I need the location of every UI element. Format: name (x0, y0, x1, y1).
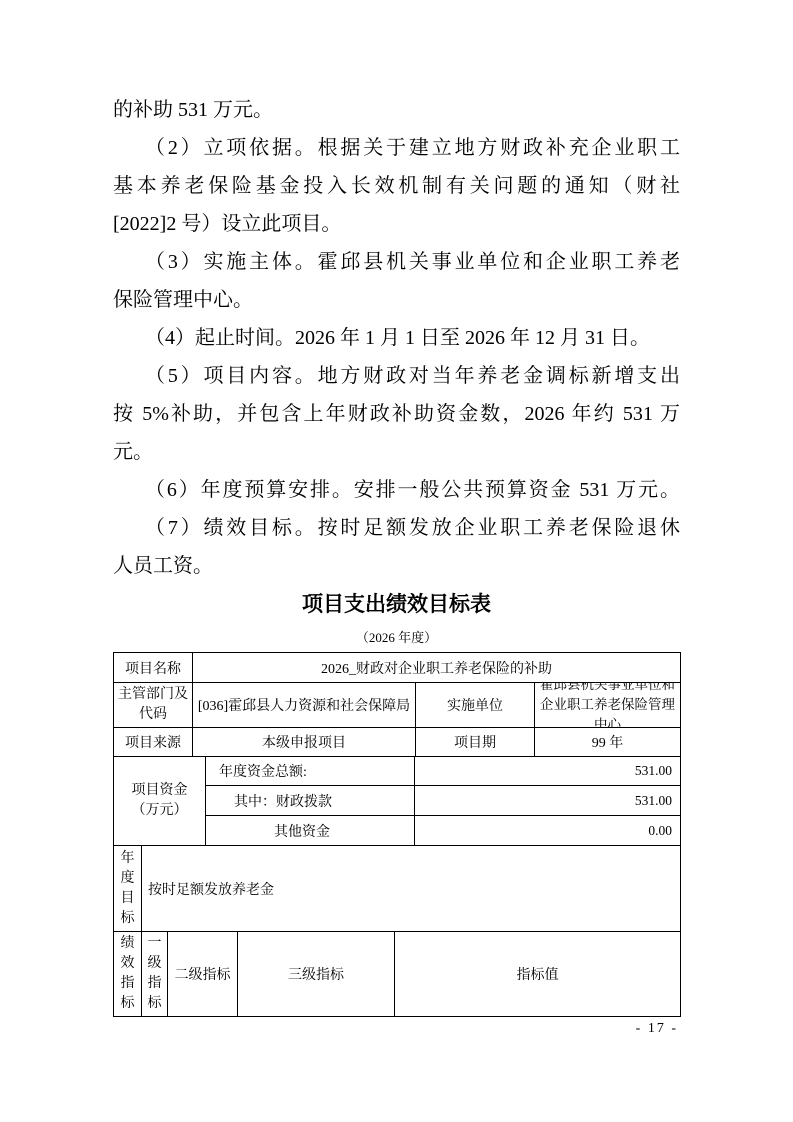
body-line: 人员工资。 (113, 547, 680, 585)
cell-perf-indicator-label: 绩效指标 (114, 932, 141, 1016)
body-line: （2）立项依据。根据关于建立地方财政补充企业职工 (113, 129, 680, 167)
body-line: （6）年度预算安排。安排一般公共预算资金 531 万元。 (113, 471, 680, 509)
cell-project-source-label: 项目来源 (114, 728, 192, 756)
cell-annual-total-value: 531.00 (414, 757, 680, 785)
body-line: 元。 (113, 433, 680, 471)
body-line: 的补助 531 万元。 (113, 91, 680, 129)
table-subtitle: （2026 年度） (0, 629, 793, 646)
cell-project-period-value: 99 年 (534, 728, 680, 756)
dept-code-label-text: 主管部门及代码 (118, 685, 189, 725)
table-title: 项目支出绩效目标表 (0, 591, 793, 619)
cell-fiscal-alloc-label: 其中：财政拨款 (205, 785, 414, 815)
body-line: 按 5%补助，并包含上年财政补助资金数，2026 年约 531 万 (113, 395, 680, 433)
rows-project-funds: 项目资金（万元） 年度资金总额: 531.00 其中：财政拨款 531.00 其… (114, 756, 680, 845)
body-line: 保险管理中心。 (113, 281, 680, 319)
level1-indicator-label-text: 一级指标 (147, 934, 163, 1014)
cell-annual-goal-label: 年度目标 (114, 846, 141, 931)
performance-target-table: 项目名称 2026_财政对企业职工养老保险的补助 主管部门及代码 [036]霍邱… (113, 652, 681, 1017)
row-dept-impl: 主管部门及代码 [036]霍邱县人力资源和社会保障局 实施单位 霍邱县机关事业单… (114, 682, 680, 727)
impl-unit-value-text: 霍邱县机关事业单位和企业职工养老保险管理中心 (537, 683, 678, 727)
project-funds-label-text: 项目资金（万元） (131, 781, 189, 821)
cell-impl-unit-value: 霍邱县机关事业单位和企业职工养老保险管理中心 (534, 683, 680, 727)
row-perf-indicators: 绩效指标 一级指标 二级指标 三级指标 指标值 (114, 931, 680, 1016)
cell-dept-code-label: 主管部门及代码 (114, 683, 192, 727)
cell-other-funds-value: 0.00 (414, 815, 680, 845)
cell-fiscal-alloc-value: 531.00 (414, 785, 680, 815)
cell-dept-code-value: [036]霍邱县人力资源和社会保障局 (192, 683, 415, 727)
row-project-name: 项目名称 2026_财政对企业职工养老保险的补助 (114, 653, 680, 682)
cell-level3-indicator-header: 三级指标 (237, 932, 394, 1016)
cell-annual-total-label: 年度资金总额: (205, 757, 414, 785)
cell-level2-indicator-header: 二级指标 (167, 932, 237, 1016)
annual-goal-label-text: 年度目标 (120, 849, 136, 929)
body-line: [2022]2 号）设立此项目。 (113, 205, 680, 243)
cell-impl-unit-label: 实施单位 (415, 683, 534, 727)
body-text: 的补助 531 万元。 （2）立项依据。根据关于建立地方财政补充企业职工 基本养… (113, 91, 680, 585)
body-line: （7）绩效目标。按时足额发放企业职工养老保险退休 (113, 509, 680, 547)
cell-project-name-value: 2026_财政对企业职工养老保险的补助 (192, 653, 680, 682)
body-line: 基本养老保险基金投入长效机制有关问题的通知（财社 (113, 167, 680, 205)
body-line: （4）起止时间。2026 年 1 月 1 日至 2026 年 12 月 31 日… (113, 319, 680, 357)
perf-indicator-label-text: 绩效指标 (120, 934, 136, 1014)
cell-project-period-label: 项目期 (415, 728, 534, 756)
document-page: 的补助 531 万元。 （2）立项依据。根据关于建立地方财政补充企业职工 基本养… (0, 0, 793, 1122)
cell-annual-goal-value: 按时足额发放养老金 (141, 846, 680, 931)
cell-other-funds-label: 其他资金 (205, 815, 414, 845)
cell-project-funds-label: 项目资金（万元） (114, 757, 205, 845)
row-source-period: 项目来源 本级申报项目 项目期 99 年 (114, 727, 680, 756)
body-line: （5）项目内容。地方财政对当年养老金调标新增支出 (113, 357, 680, 395)
body-line: （3）实施主体。霍邱县机关事业单位和企业职工养老 (113, 243, 680, 281)
cell-project-source-value: 本级申报项目 (192, 728, 415, 756)
cell-level1-indicator-label: 一级指标 (141, 932, 167, 1016)
cell-indicator-value-header: 指标值 (394, 932, 680, 1016)
row-annual-goal: 年度目标 按时足额发放养老金 (114, 845, 680, 931)
page-number: - 17 - (636, 1021, 678, 1037)
cell-project-name-label: 项目名称 (114, 653, 192, 682)
